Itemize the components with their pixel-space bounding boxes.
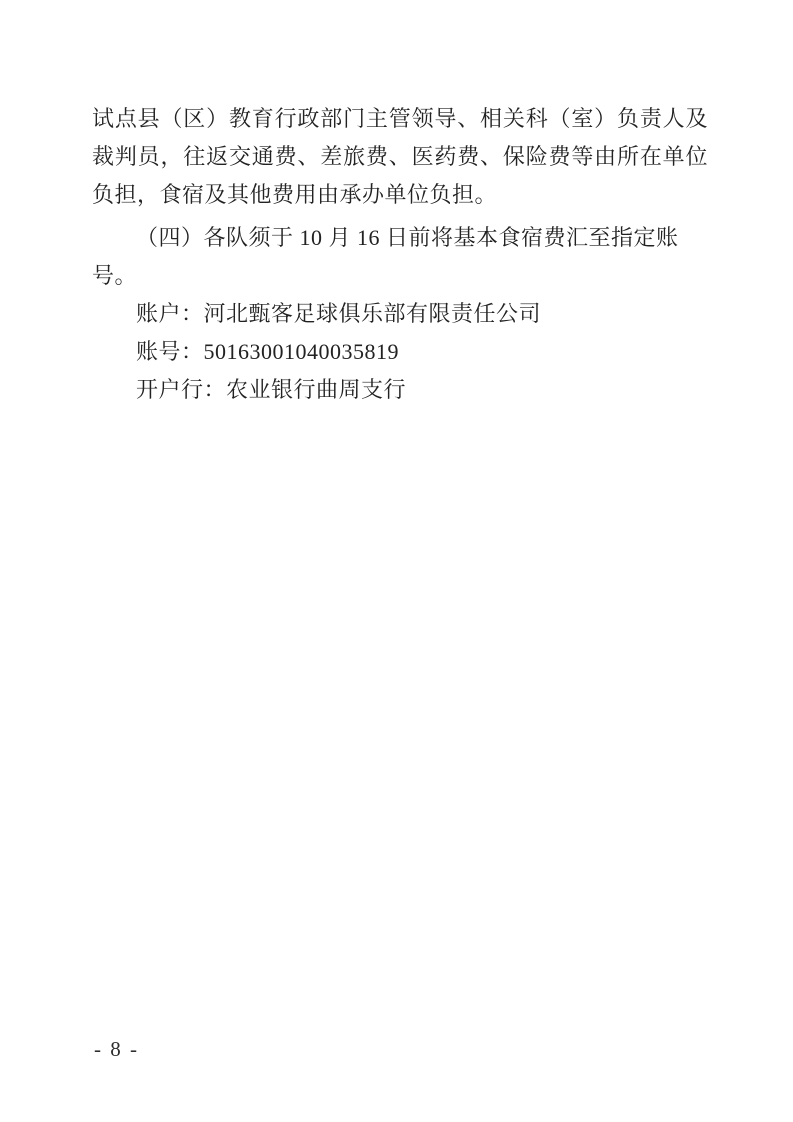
document-page: 试点县（区）教育行政部门主管领导、相关科（室）负责人及裁判员，往返交通费、差旅费… [0,0,793,1122]
clause-4-paragraph: （四）各队须于 10 月 16 日前将基本食宿费汇至指定账号。 [92,219,708,295]
account-holder-line: 账户：河北甄客足球俱乐部有限责任公司 [92,295,708,333]
document-text-block: 试点县（区）教育行政部门主管领导、相关科（室）负责人及裁判员，往返交通费、差旅费… [92,100,708,409]
body-paragraph: 试点县（区）教育行政部门主管领导、相关科（室）负责人及裁判员，往返交通费、差旅费… [92,100,708,214]
page-number: - 8 - [94,1037,139,1061]
account-number-line: 账号：50163001040035819 [92,333,708,371]
bank-branch-line: 开户行：农业银行曲周支行 [92,371,708,409]
